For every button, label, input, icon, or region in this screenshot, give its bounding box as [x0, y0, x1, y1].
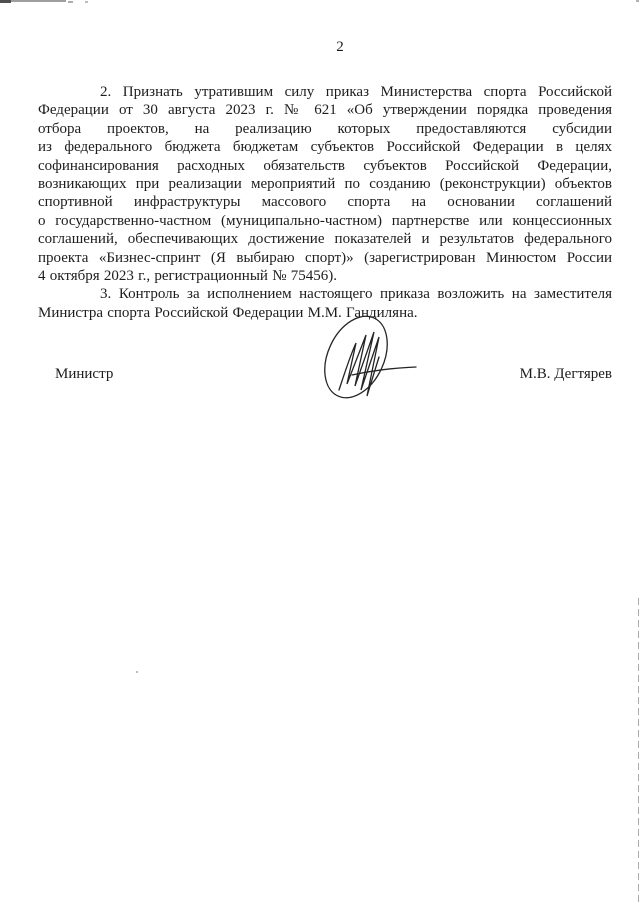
document-line: софинансирования расходных обязательств …	[38, 157, 612, 175]
signer-position: Министр	[55, 365, 113, 383]
document-line: отбора проектов, на реализацию которых п…	[38, 120, 612, 138]
document-page: 2 2. Признать утратившим силу приказ Мин…	[0, 0, 640, 905]
scan-artifact-top-dark-line	[0, 0, 11, 3]
document-body: 2. Признать утратившим силу приказ Минис…	[38, 83, 612, 322]
document-line: соглашений, обеспечивающих достижение по…	[38, 230, 612, 248]
signature-row: Министр М.В. Дегтярев	[38, 365, 612, 383]
minister-signature	[308, 312, 426, 406]
document-line: 3. Контроль за исполнением настоящего пр…	[38, 285, 612, 303]
scan-artifact-speck	[136, 671, 138, 673]
scan-artifact-top-dash	[68, 1, 73, 3]
document-line: проекта «Бизнес-спринт (Я выбираю спорт)…	[38, 249, 612, 267]
document-line: о государственно-частном (муниципально-ч…	[38, 212, 612, 230]
scan-artifact-top-light-line	[11, 0, 66, 2]
paragraph-2: 2. Признать утратившим силу приказ Минис…	[38, 83, 612, 285]
document-line: Федерации от 30 августа 2023 г. № 621 «О…	[38, 101, 612, 119]
document-line: 2. Признать утратившим силу приказ Минис…	[38, 83, 612, 101]
document-line: из федерального бюджета бюджетам субъект…	[38, 138, 612, 156]
page-number: 2	[308, 38, 372, 56]
document-line: 4 октября 2023 г., регистрационный № 754…	[38, 267, 612, 285]
scan-artifact-top-right-dot	[636, 0, 639, 2]
signer-name: М.В. Дегтярев	[520, 365, 612, 383]
scan-artifact-right-edge-line	[638, 598, 639, 905]
scan-artifact-top-dot	[85, 1, 88, 3]
document-line: возникающих при реализации мероприятий п…	[38, 175, 612, 193]
document-line: спортивной инфраструктуры массового спор…	[38, 193, 612, 211]
